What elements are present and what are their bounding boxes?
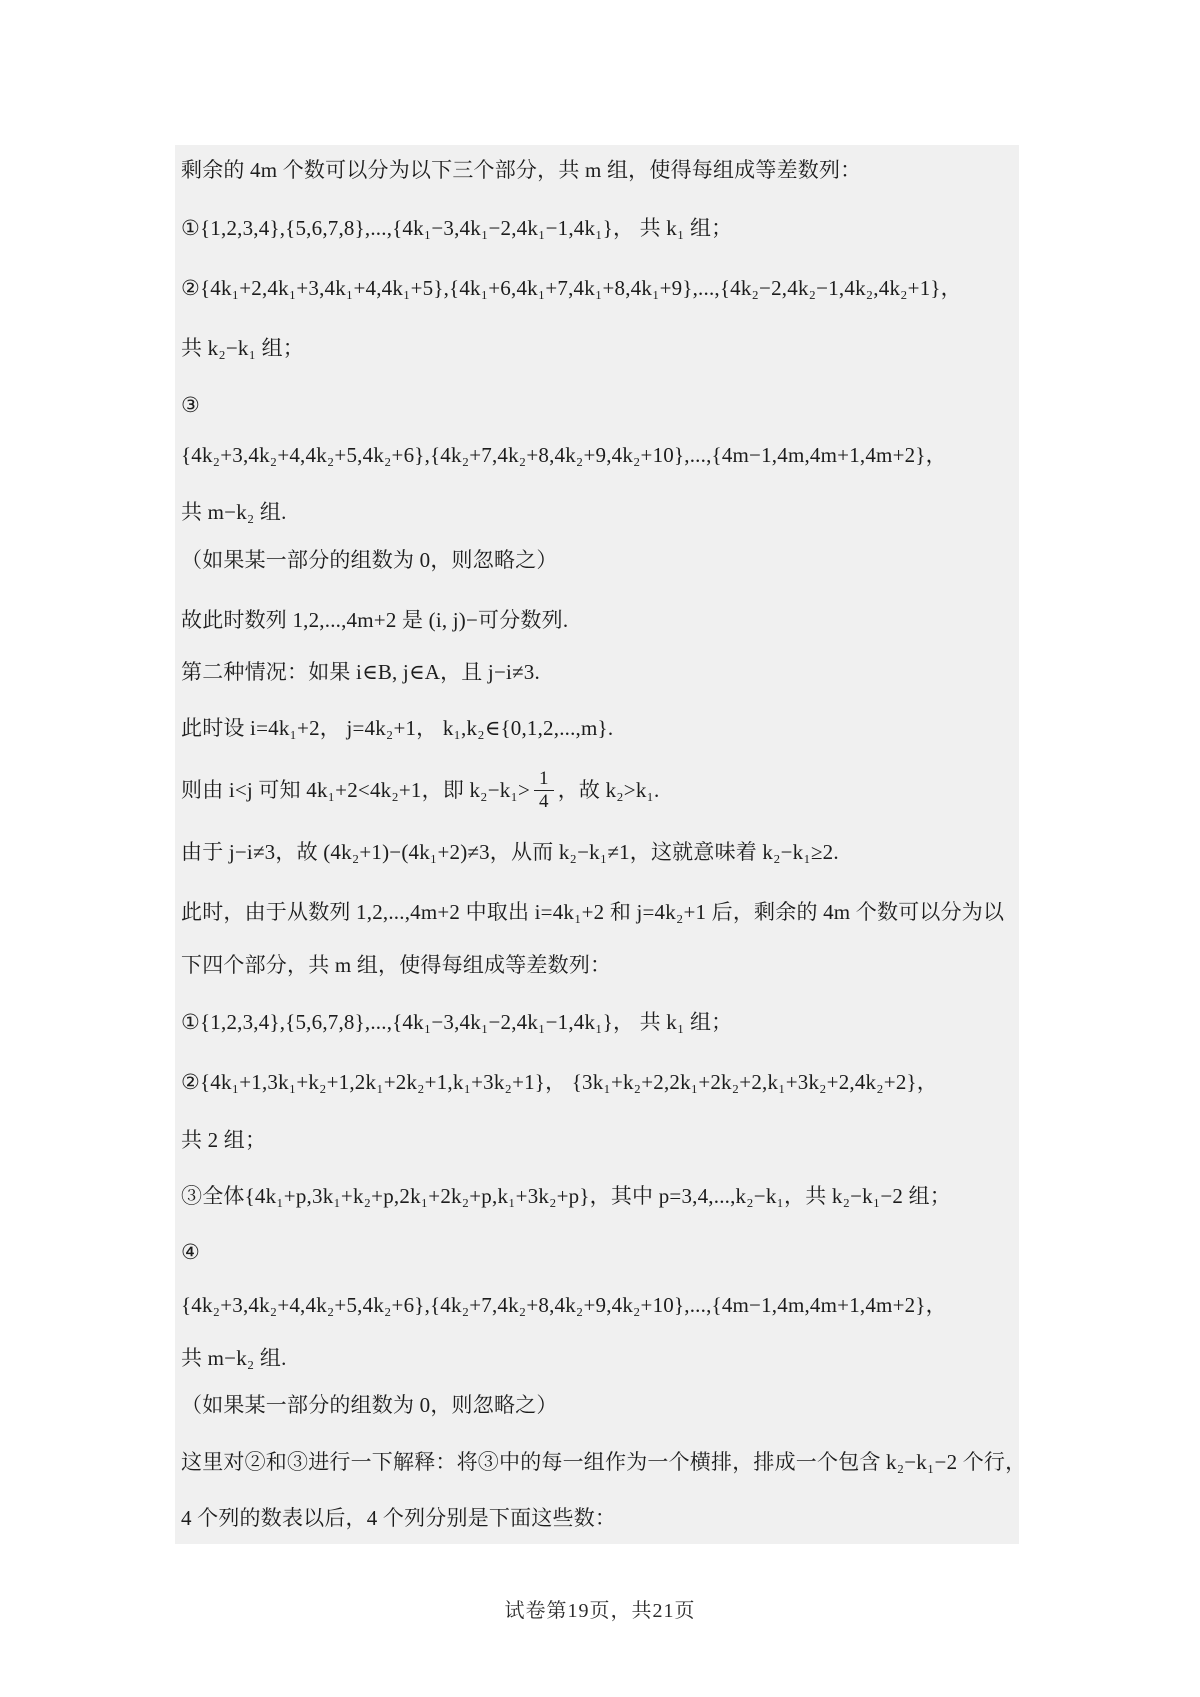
document-page: { "page": { "footer": "试卷第19页，共21页" }, "… <box>0 0 1200 1697</box>
text-line: ①{1,2,3,4},{5,6,7,8},...,{4k₁−3,4k₁−2,4k… <box>181 213 1011 243</box>
solution-text-block: 剩余的 4m 个数可以分为以下三个部分，共 m 组，使得每组成等差数列： ①{1… <box>175 145 1019 1544</box>
text-line: 此时，由于从数列 1,2,...,4m+2 中取出 i=4k₁+2 和 j=4k… <box>181 897 1011 927</box>
page-footer: 试卷第19页，共21页 <box>0 1594 1200 1623</box>
fraction-numerator: 1 <box>534 769 554 791</box>
text-line: 下四个部分，共 m 组，使得每组成等差数列： <box>181 950 1011 980</box>
fraction-one-fourth: 14 <box>534 769 554 812</box>
text-line: 共 m−k₂ 组. <box>181 1343 1011 1373</box>
text-line: 这里对②和③进行一下解释：将③中的每一组作为一个横排，排成一个包含 k₂−k₁−… <box>181 1447 1011 1477</box>
text-line: {4k₂+3,4k₂+4,4k₂+5,4k₂+6},{4k₂+7,4k₂+8,4… <box>181 440 1011 470</box>
text-line: 共 2 组； <box>181 1125 1011 1155</box>
text-line: ③ <box>181 390 1011 420</box>
text-line: 第二种情况：如果 i∈B, j∈A，且 j−i≠3. <box>181 657 1011 687</box>
text-line: （如果某一部分的组数为 0，则忽略之） <box>181 545 1011 575</box>
text-line: ④ <box>181 1237 1011 1267</box>
text-line: 共 m−k₂ 组. <box>181 497 1011 527</box>
fraction-denominator: 4 <box>534 791 554 812</box>
text-line: 此时设 i=4k₁+2， j=4k₂+1， k₁,k₂∈{0,1,2,...,m… <box>181 713 1011 743</box>
text-line: {4k₂+3,4k₂+4,4k₂+5,4k₂+6},{4k₂+7,4k₂+8,4… <box>181 1290 1011 1320</box>
fraction-line-pre: 则由 i<j 可知 4k₁+2<4k₂+1，即 k₂−k₁> <box>181 775 530 805</box>
text-line: 剩余的 4m 个数可以分为以下三个部分，共 m 组，使得每组成等差数列： <box>181 155 1011 185</box>
text-line-with-fraction: 则由 i<j 可知 4k₁+2<4k₂+1，即 k₂−k₁>14，故 k₂>k₁… <box>181 766 1011 814</box>
text-line: ③全体{4k₁+p,3k₁+k₂+p,2k₁+2k₂+p,k₁+3k₂+p}，其… <box>181 1181 1011 1211</box>
text-line: 故此时数列 1,2,...,4m+2 是 (i, j)−可分数列. <box>181 605 1011 635</box>
text-line: 4 个列的数表以后，4 个列分别是下面这些数： <box>181 1503 1011 1533</box>
text-line: ②{4k₁+2,4k₁+3,4k₁+4,4k₁+5},{4k₁+6,4k₁+7,… <box>181 273 1011 303</box>
text-line: 共 k₂−k₁ 组； <box>181 333 1011 363</box>
text-line: 由于 j−i≠3，故 (4k₂+1)−(4k₁+2)≠3，从而 k₂−k₁≠1，… <box>181 837 1011 867</box>
fraction-line-post: ，故 k₂>k₁. <box>558 775 660 805</box>
text-line: （如果某一部分的组数为 0，则忽略之） <box>181 1390 1011 1420</box>
text-line: ②{4k₁+1,3k₁+k₂+1,2k₁+2k₂+1,k₁+3k₂+1}， {3… <box>181 1067 1011 1097</box>
text-line: ①{1,2,3,4},{5,6,7,8},...,{4k₁−3,4k₁−2,4k… <box>181 1007 1011 1037</box>
